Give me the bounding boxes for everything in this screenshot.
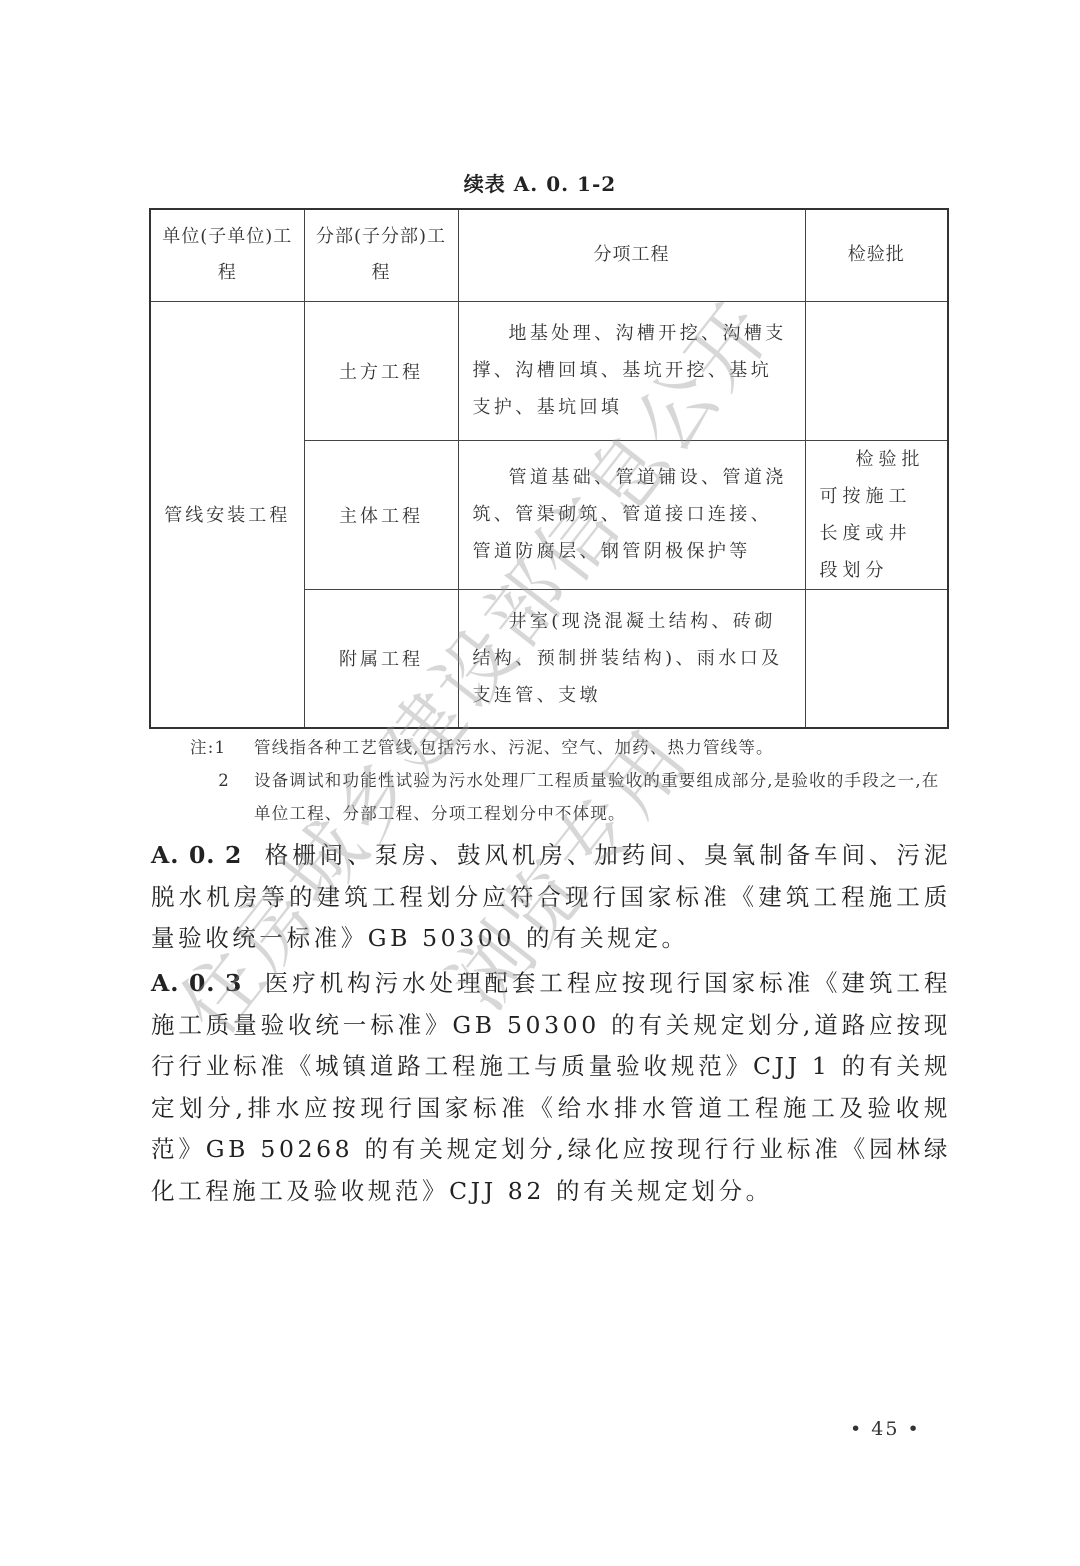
table-header-row: 单位(子单位)工程 分部(子分部)工程 分项工程 检验批 xyxy=(150,209,948,301)
note-text: 设备调试和功能性试验为污水处理厂工程质量验收的重要组成部分,是验收的手段之一,在… xyxy=(254,764,950,830)
division-cell: 土方工程 xyxy=(304,301,458,440)
clause-a-0-2: A. 0. 2格栅间、泵房、鼓风机房、加药间、臭氧制备车间、污泥脱水机房等的建筑… xyxy=(151,835,951,960)
note-item: 2 设备调试和功能性试验为污水处理厂工程质量验收的重要组成部分,是验收的手段之一… xyxy=(190,764,950,830)
note-item: 注:1 管线指各种工艺管线,包括污水、污泥、空气、加药、热力管线等。 xyxy=(190,731,950,764)
batch-cell xyxy=(805,301,948,440)
header-inspection-batch: 检验批 xyxy=(805,209,948,301)
table-caption: 续表 A. 0. 1-2 xyxy=(0,168,1080,197)
table-notes: 注:1 管线指各种工艺管线,包括污水、污泥、空气、加药、热力管线等。 2 设备调… xyxy=(190,731,950,830)
batch-cell xyxy=(805,589,948,728)
header-sub-item: 分项工程 xyxy=(458,209,805,301)
unit-project-cell: 管线安装工程 xyxy=(150,301,304,728)
clause-number: A. 0. 3 xyxy=(151,969,242,997)
page-number: • 45 • xyxy=(850,1418,921,1440)
division-table: 单位(子单位)工程 分部(子分部)工程 分项工程 检验批 管线安装工程 土方工程… xyxy=(149,208,949,729)
sub-items-cell: 井室(现浇混凝土结构、砖砌结构、预制拼装结构)、雨水口及支连管、支墩 xyxy=(458,589,805,728)
batch-cell: 检验批可按施工长度或井段划分 xyxy=(805,440,948,589)
clause-text: 格栅间、泵房、鼓风机房、加药间、臭氧制备车间、污泥脱水机房等的建筑工程划分应符合… xyxy=(151,841,951,952)
header-division: 分部(子分部)工程 xyxy=(304,209,458,301)
table-row: 管线安装工程 土方工程 地基处理、沟槽开挖、沟槽支撑、沟槽回填、基坑开挖、基坑支… xyxy=(150,301,948,440)
note-number: 2 xyxy=(190,764,254,830)
clause-text: 医疗机构污水处理配套工程应按现行国家标准《建筑工程施工质量验收统一标准》GB 5… xyxy=(151,969,951,1205)
division-cell: 附属工程 xyxy=(304,589,458,728)
clause-number: A. 0. 2 xyxy=(151,841,242,869)
sub-items-cell: 地基处理、沟槽开挖、沟槽支撑、沟槽回填、基坑开挖、基坑支护、基坑回填 xyxy=(458,301,805,440)
clause-a-0-3: A. 0. 3医疗机构污水处理配套工程应按现行国家标准《建筑工程施工质量验收统一… xyxy=(151,963,951,1212)
header-unit-project: 单位(子单位)工程 xyxy=(150,209,304,301)
sub-items-cell: 管道基础、管道铺设、管道浇筑、管渠砌筑、管道接口连接、管道防腐层、钢管阴极保护等 xyxy=(458,440,805,589)
division-cell: 主体工程 xyxy=(304,440,458,589)
note-text: 管线指各种工艺管线,包括污水、污泥、空气、加药、热力管线等。 xyxy=(254,731,950,764)
note-number: 注:1 xyxy=(190,731,254,764)
